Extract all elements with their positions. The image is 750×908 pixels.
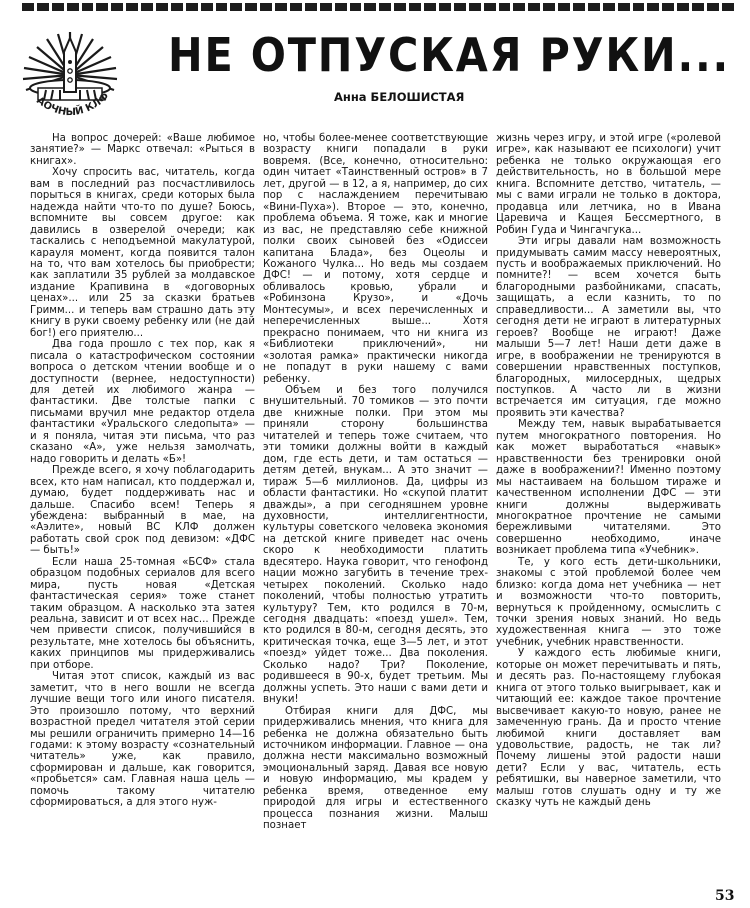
page-number: 53 (715, 888, 734, 904)
text-column-3: жизнь через игру, и этой игре («ролевой … (496, 133, 721, 809)
border-segment (37, 3, 49, 11)
border-segment (335, 3, 347, 11)
border-segment (260, 3, 272, 11)
border-segment (126, 3, 138, 11)
border-segment (186, 3, 198, 11)
border-segment (558, 3, 570, 11)
border-segment (692, 3, 704, 11)
border-segment (201, 3, 213, 11)
border-segment (677, 3, 689, 11)
border-segment (52, 3, 64, 11)
border-segment (573, 3, 585, 11)
border-segment (230, 3, 242, 11)
zaochny-klf-logo: ЗАОЧНЫЙ КЛФ (20, 30, 120, 125)
text-column-2: но, чтобы более-менее соответствующие во… (263, 133, 488, 832)
border-segment (647, 3, 659, 11)
paragraph: Два года прошло с тех пор, как я писала … (30, 339, 255, 465)
decorative-top-border (22, 3, 734, 12)
border-segment (216, 3, 228, 11)
border-segment (394, 3, 406, 11)
border-segment (707, 3, 719, 11)
border-segment (364, 3, 376, 11)
border-segment (305, 3, 317, 11)
paragraph: На вопрос дочерей: «Ваше любимое занятие… (30, 133, 255, 167)
border-segment (499, 3, 511, 11)
paragraph: Прежде всего, я хочу поблагодарить всех,… (30, 465, 255, 557)
border-segment (603, 3, 615, 11)
border-segment (484, 3, 496, 11)
paragraph: но, чтобы более-менее соответствующие во… (263, 133, 488, 385)
border-segment (96, 3, 108, 11)
border-segment (439, 3, 451, 11)
border-segment (156, 3, 168, 11)
paragraph: Между тем, навык вырабатывается путем мн… (496, 419, 721, 556)
paragraph: Читая этот список, каждый из вас заметит… (30, 671, 255, 808)
border-segment (454, 3, 466, 11)
article-title: НЕ ОТПУСКАЯ РУКИ... (168, 28, 730, 82)
border-segment (409, 3, 421, 11)
paragraph: Эти игры давали нам возможность придумыв… (496, 236, 721, 419)
paragraph: У каждого есть любимые книги, которые он… (496, 648, 721, 808)
border-segment (424, 3, 436, 11)
border-segment (245, 3, 257, 11)
border-segment (513, 3, 525, 11)
paragraph: Те, у кого есть дети-школьники, знакомы … (496, 557, 721, 649)
border-segment (618, 3, 630, 11)
border-segment (722, 3, 734, 11)
paragraph: Объем и без того получился внушительный.… (263, 385, 488, 706)
border-segment (379, 3, 391, 11)
border-segment (320, 3, 332, 11)
border-segment (543, 3, 555, 11)
paragraph: жизнь через игру, и этой игре («ролевой … (496, 133, 721, 236)
border-segment (82, 3, 94, 11)
border-segment (469, 3, 481, 11)
text-column-1: На вопрос дочерей: «Ваше любимое занятие… (30, 133, 255, 809)
border-segment (67, 3, 79, 11)
paragraph: Отбирая книги для ДФС, мы придерживались… (263, 706, 488, 832)
border-segment (171, 3, 183, 11)
border-segment (290, 3, 302, 11)
author-byline: Анна БЕЛОШИСТАЯ (334, 90, 464, 104)
border-segment (275, 3, 287, 11)
border-segment (528, 3, 540, 11)
border-segment (588, 3, 600, 11)
border-segment (662, 3, 674, 11)
rocket-sunburst-icon: ЗАОЧНЫЙ КЛФ (20, 30, 120, 125)
border-segment (111, 3, 123, 11)
border-segment (350, 3, 362, 11)
border-segment (141, 3, 153, 11)
paragraph: Если наша 25-томная «БСФ» стала образцом… (30, 557, 255, 672)
paragraph: Хочу спросить вас, читатель, когда вам в… (30, 167, 255, 339)
border-segment (22, 3, 34, 11)
border-segment (633, 3, 645, 11)
